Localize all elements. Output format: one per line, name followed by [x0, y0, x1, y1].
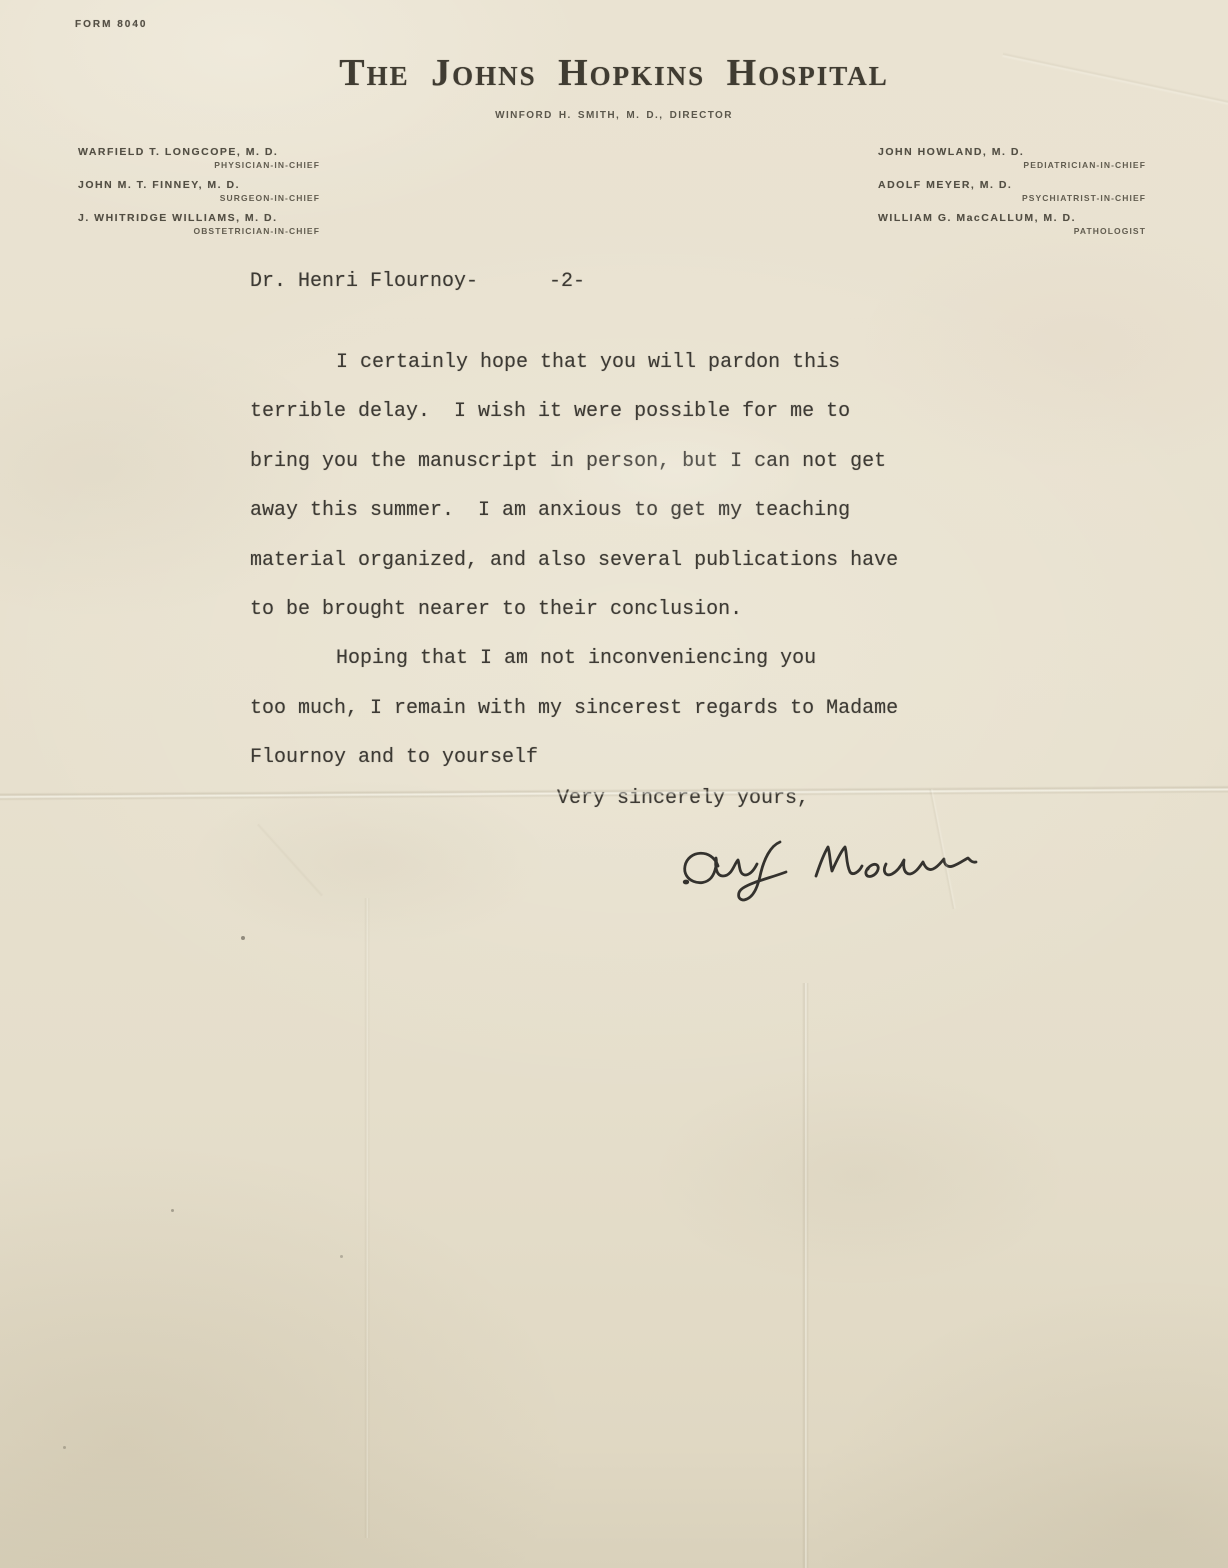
paper-speck	[340, 1255, 343, 1258]
fold-crease-vertical-right	[802, 983, 809, 1568]
staff-name: WILLIAM G. MacCALLUM, M. D.	[878, 212, 1146, 224]
staff-entry: WARFIELD T. LONGCOPE, M. D. PHYSICIAN-IN…	[78, 146, 320, 179]
body-line: terrible delay. I wish it were possible …	[250, 400, 950, 449]
body-line: too much, I remain with my sincerest reg…	[250, 697, 950, 746]
body-line: to be brought nearer to their conclusion…	[250, 598, 950, 647]
form-number: FORM 8040	[75, 19, 147, 30]
staff-list-right: JOHN HOWLAND, M. D. PEDIATRICIAN-IN-CHIE…	[878, 146, 1146, 245]
crease-left-mid	[256, 823, 323, 897]
staff-name: J. WHITRIDGE WILLIAMS, M. D.	[78, 212, 320, 224]
paper-speck	[63, 1446, 66, 1449]
closing-line: Very sincerely yours,	[557, 787, 809, 810]
staff-title: PSYCHIATRIST-IN-CHIEF	[878, 193, 1146, 203]
page-number: -2-	[549, 270, 585, 293]
letter-page: FORM 8040 The Johns Hopkins Hospital WIN…	[0, 0, 1228, 1568]
staff-list-left: WARFIELD T. LONGCOPE, M. D. PHYSICIAN-IN…	[78, 146, 320, 245]
letter-body: I certainly hope that you will pardon th…	[250, 351, 950, 796]
paper-speck	[171, 1209, 174, 1212]
staff-title: PATHOLOGIST	[878, 226, 1146, 236]
handwritten-signature-adolf-meyer	[676, 836, 988, 908]
body-line: bring you the manuscript in person, but …	[250, 450, 950, 499]
paper-speck	[241, 936, 245, 940]
body-line: I certainly hope that you will pardon th…	[250, 351, 950, 400]
staff-name: JOHN HOWLAND, M. D.	[878, 146, 1146, 158]
addressee-line: Dr. Henri Flournoy-	[250, 270, 478, 293]
staff-entry: WILLIAM G. MacCALLUM, M. D. PATHOLOGIST	[878, 212, 1146, 245]
staff-entry: JOHN HOWLAND, M. D. PEDIATRICIAN-IN-CHIE…	[878, 146, 1146, 179]
staff-entry: ADOLF MEYER, M. D. PSYCHIATRIST-IN-CHIEF	[878, 179, 1146, 212]
staff-name: JOHN M. T. FINNEY, M. D.	[78, 179, 320, 191]
body-line: material organized, and also several pub…	[250, 549, 950, 598]
staff-title: OBSTETRICIAN-IN-CHIEF	[78, 226, 320, 236]
staff-title: SURGEON-IN-CHIEF	[78, 193, 320, 203]
fold-crease-vertical-left	[364, 898, 370, 1538]
staff-name: ADOLF MEYER, M. D.	[878, 179, 1146, 191]
body-line: Hoping that I am not inconveniencing you	[250, 647, 950, 696]
staff-title: PEDIATRICIAN-IN-CHIEF	[878, 160, 1146, 170]
director-line: WINFORD H. SMITH, M. D., DIRECTOR	[0, 110, 1228, 121]
body-line: away this summer. I am anxious to get my…	[250, 499, 950, 548]
hospital-name-title: The Johns Hopkins Hospital	[0, 51, 1228, 95]
staff-entry: J. WHITRIDGE WILLIAMS, M. D. OBSTETRICIA…	[78, 212, 320, 245]
staff-name: WARFIELD T. LONGCOPE, M. D.	[78, 146, 320, 158]
staff-entry: JOHN M. T. FINNEY, M. D. SURGEON-IN-CHIE…	[78, 179, 320, 212]
staff-title: PHYSICIAN-IN-CHIEF	[78, 160, 320, 170]
